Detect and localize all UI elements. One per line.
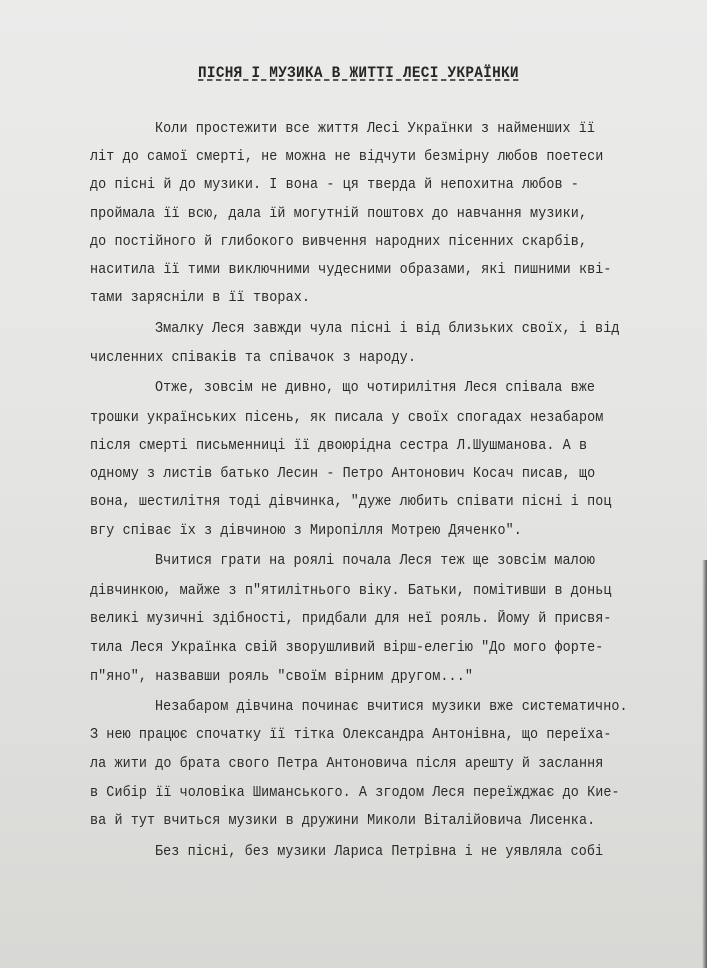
text-line: в Сибір її чоловіка Шиманського. А згодо…	[90, 785, 620, 801]
text-line: трошки українських пісень, як писала у с…	[90, 410, 603, 426]
text-line: З нею працює спочатку її тітка Олександр…	[90, 727, 612, 743]
paper-edge-shadow	[702, 560, 707, 968]
text-line: ва й тут вчиться музики в дружини Миколи…	[90, 813, 595, 829]
text-line: дівчинкою, майже з п"ятилітнього віку. Б…	[90, 583, 612, 599]
text-line: Незабаром дівчина починає вчитися музики…	[155, 699, 628, 715]
text-line: Вчитися грати на роялі почала Леся теж щ…	[155, 553, 595, 569]
text-line: тила Леся Українка свій зворушливий вірш…	[90, 640, 603, 656]
text-line: Отже, зовсім не дивно, що чотирилітня Ле…	[155, 380, 595, 396]
text-line: вона, шестилітня тоді дівчинка, "дуже лю…	[90, 494, 612, 510]
text-line: Змалку Леся завжди чула пісні і від близ…	[155, 321, 619, 337]
text-line: Коли простежити все життя Лесі Українки …	[155, 121, 595, 137]
text-line: Без пісні, без музики Лариса Петрівна і …	[155, 844, 603, 860]
text-line: численних співаків та співачок з народу.	[90, 350, 416, 366]
text-line: до постійного й глибокого вивчення народ…	[90, 234, 587, 250]
text-line: великі музичні здібності, придбали для н…	[90, 611, 612, 627]
document-title: ПІСНЯ І МУЗИКА В ЖИТТІ ЛЕСІ УКРАЇНКИ	[198, 64, 519, 82]
text-line: літ до самої смерті, не можна не відчути…	[90, 149, 603, 165]
text-line: ла жити до брата свого Петра Антоновича …	[90, 756, 603, 772]
text-line: тами зарясніли в її творах.	[90, 290, 310, 306]
text-line: після смерті письменниці її двоюрідна се…	[90, 438, 587, 454]
typewritten-page: ПІСНЯ І МУЗИКА В ЖИТТІ ЛЕСІ УКРАЇНКИ Кол…	[0, 0, 707, 968]
text-line: проймала її всю, дала їй могутній поштов…	[90, 206, 587, 222]
text-line: наситила її тими виключними чудесними об…	[90, 262, 612, 278]
text-line: вгу співає їх з дівчиною з Миропілля Мот…	[90, 523, 522, 539]
text-line: до пісні й до музики. І вона - ця тверда…	[90, 177, 579, 193]
text-line: п"яно", назвавши рояль "своїм вірним дру…	[90, 669, 473, 685]
text-line: одному з листів батько Лесин - Петро Ант…	[90, 466, 595, 482]
